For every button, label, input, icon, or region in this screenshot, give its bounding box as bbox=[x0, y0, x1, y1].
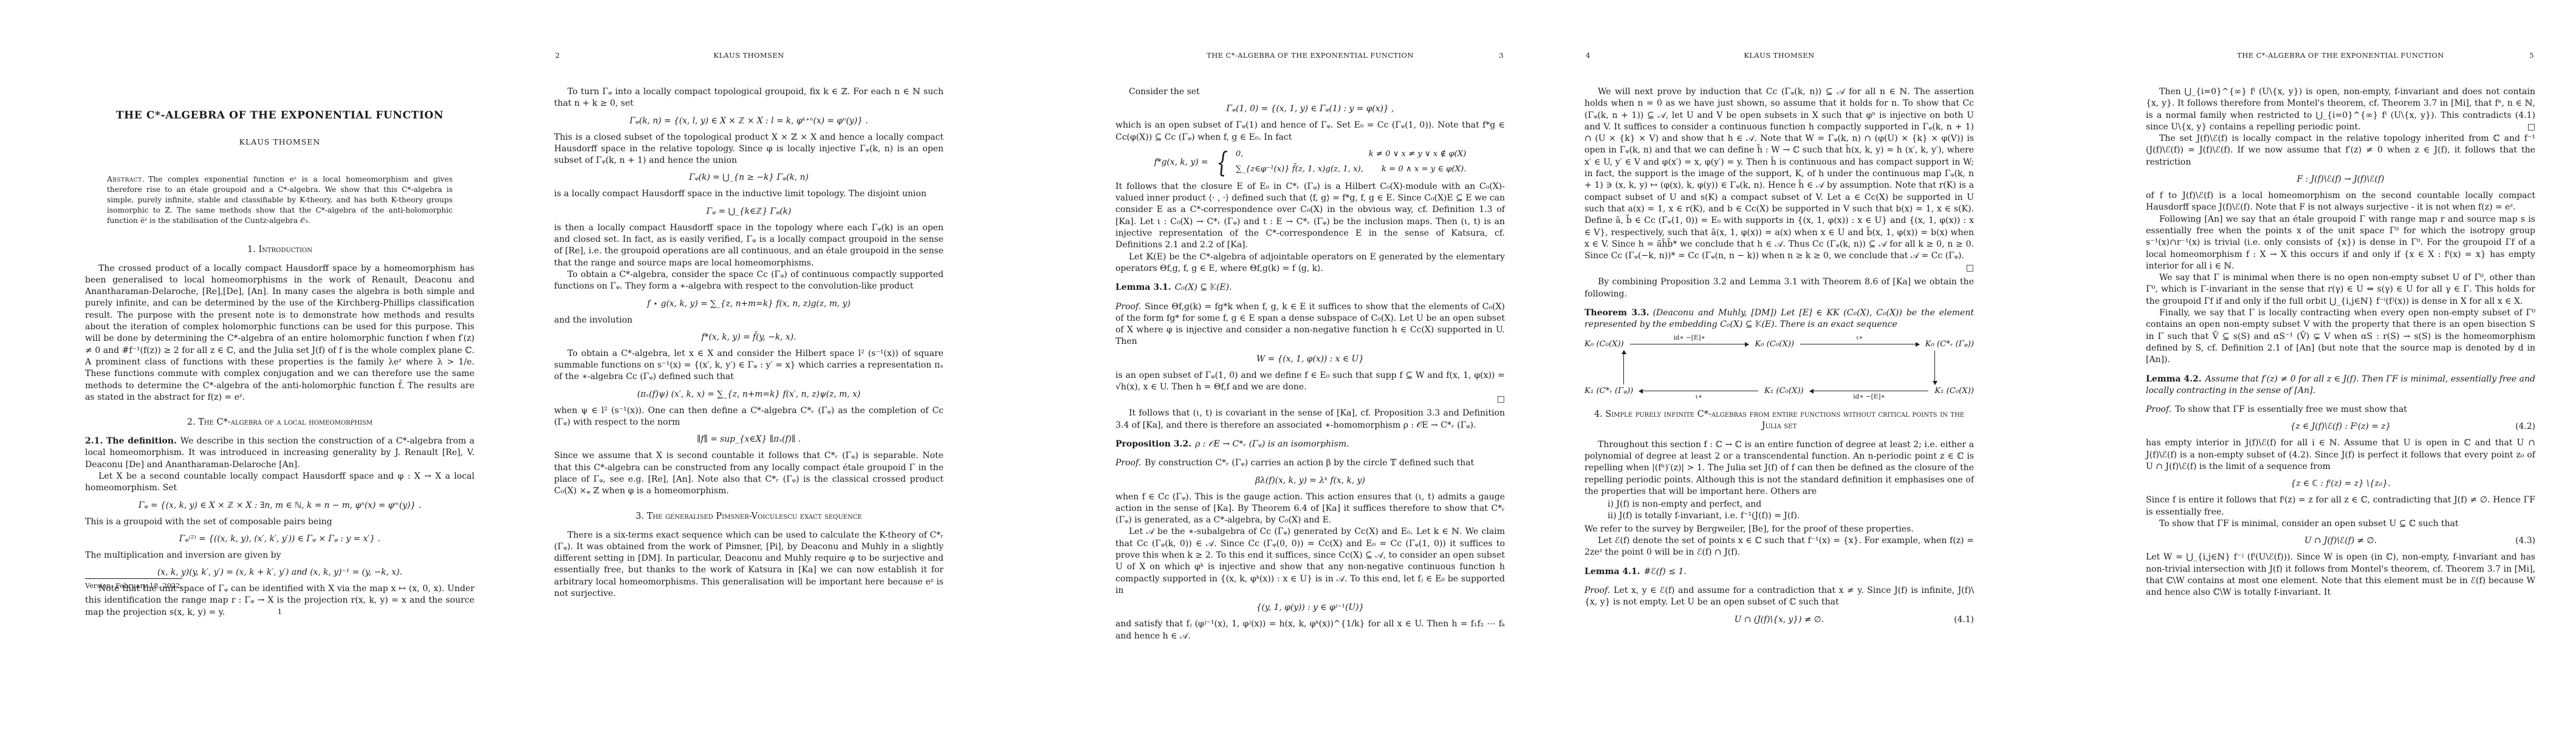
page-3: THE C*-ALGEBRA OF THE EXPONENTIAL FUNCTI… bbox=[1030, 0, 1546, 729]
paragraph-text: has empty interior in J(f)\ℰ(f) for all … bbox=[2146, 438, 2535, 471]
paragraph-text: We will next prove by induction that Cc … bbox=[1584, 87, 1974, 261]
paragraph: Since we assume that X is second countab… bbox=[554, 450, 944, 497]
formula: ∥f∥ = sup_{x∈X} ∥πₓ(f)∥ . bbox=[697, 434, 801, 444]
footnote-rule bbox=[85, 578, 182, 579]
diagram-node: K₀ (C*ᵣ (Γᵩ)) bbox=[1925, 340, 1974, 349]
theorem-label: Theorem 3.3. bbox=[1584, 308, 1649, 318]
diagram-node: K₀ (C₀(X)) bbox=[1755, 340, 1794, 349]
proof-text: To show that ΓF is essentially free we m… bbox=[2175, 405, 2407, 414]
paragraph-text: To obtain a C*-algebra, consider the spa… bbox=[554, 270, 944, 291]
page-4: 4KLAUS THOMSENWe will next prove by indu… bbox=[1546, 0, 2061, 729]
equation-number: (4.1) bbox=[1954, 614, 1974, 626]
proof-label: Proof. bbox=[2146, 405, 2171, 414]
proof-label: Proof. bbox=[1115, 458, 1141, 468]
paragraph-text: Since f is entire it follows that fⁱ(z) … bbox=[2146, 495, 2535, 516]
left-arrow: ι∗ bbox=[1639, 391, 1758, 391]
display-math: f*(x, k, y) = f̄(y, −k, x). bbox=[554, 331, 944, 343]
theorem-text: C₀(X) ⊆ 𝕂(E). bbox=[1175, 282, 1232, 292]
case-formula: f*g(x, k, y) ={0,k ≠ 0 ∨ x ≠ y ∨ x ∉ φ(X… bbox=[1115, 148, 1505, 176]
diagram-vertical-arrows bbox=[1623, 351, 1935, 385]
theorem-label: Lemma 4.2. bbox=[2146, 374, 2202, 384]
diagram-node: K₀ (C₀(X)) bbox=[1584, 340, 1624, 349]
paragraph-text: Following [An] we say that an étale grou… bbox=[2146, 214, 2535, 271]
formula: {z ∈ ℂ : fⁱ(z) = z} \{z₀}. bbox=[2290, 479, 2390, 488]
formula: U ∩ J(f)\ℰ(f) ≠ ∅. bbox=[2304, 536, 2377, 546]
paragraph-text: of f to J(f)\ℰ(f) is a local homeomorphi… bbox=[2146, 191, 2535, 212]
formula: Γᵩ(k) = ⋃_{n ≥ −k} Γᵩ(k, n) bbox=[689, 173, 809, 182]
formula: Γᵩ⁽²⁾ = {((x, k, y), (x′, k′, y′)) ∈ Γᵩ … bbox=[179, 534, 380, 544]
qed-symbol: □ bbox=[1966, 263, 1974, 273]
paragraph: Then ⋃_{i=0}^{∞} fⁱ (U\{x, y}) is open, … bbox=[2146, 86, 2535, 133]
qed-symbol: □ bbox=[2514, 122, 2535, 133]
paragraph: when ψ ∈ l² (s⁻¹(x)). One can then defin… bbox=[554, 405, 944, 429]
running-head-title: KLAUS THOMSEN bbox=[1584, 51, 1974, 60]
running-head-page-number: 2 bbox=[555, 51, 560, 60]
paragraph-text: The multiplication and inversion are giv… bbox=[85, 550, 281, 560]
diagram-bottom-row: K₁ (C*ᵣ (Γᵩ))ι∗K₁ (C₀(X))id∗ −[E]∗K₁ (C₀… bbox=[1584, 386, 1974, 395]
paragraph: Since f is entire it follows that fⁱ(z) … bbox=[2146, 495, 2535, 518]
page-2: 2KLAUS THOMSENTo turn Γᵩ into a locally … bbox=[515, 0, 1030, 729]
paragraph-text: The set J(f)\ℰ(f) is locally compact in … bbox=[2146, 134, 2535, 167]
formula: U ∩ (J(f)\{x, y}) ≠ ∅. bbox=[1735, 615, 1824, 625]
paragraph: Let W = ⋃_{i,j∈ℕ} f⁻ʲ (fⁱ(U\ℰ(f))). Sinc… bbox=[2146, 552, 2535, 598]
page-body: Then ⋃_{i=0}^{∞} fⁱ (U\{x, y}) is open, … bbox=[2146, 86, 2535, 598]
case-row: 0,k ≠ 0 ∨ x ≠ y ∨ x ∉ φ(X) bbox=[1236, 148, 1467, 160]
left-brace: { bbox=[1216, 148, 1228, 176]
theorem-text: ρ : 𝒪E → C*ᵣ (Γᵩ) is an isomorphism. bbox=[1195, 439, 1349, 449]
running-head: THE C*-ALGEBRA OF THE EXPONENTIAL FUNCTI… bbox=[1115, 51, 1505, 60]
abstract-label: Abstract. bbox=[107, 175, 145, 183]
paragraph: Consider the set bbox=[1115, 86, 1505, 98]
paper-title: THE C*-ALGEBRA OF THE EXPONENTIAL FUNCTI… bbox=[85, 109, 474, 122]
formula: F : J(f)\ℰ(f) → J(f)\ℰ(f) bbox=[2297, 174, 2385, 184]
document-canvas: arXiv:1109.5031v1 [math.OA] 23 Sep 2011 … bbox=[0, 0, 2576, 729]
running-head-title: THE C*-ALGEBRA OF THE EXPONENTIAL FUNCTI… bbox=[2146, 51, 2535, 60]
paragraph: It follows that (ι, t) is covariant in t… bbox=[1115, 408, 1505, 431]
page-1: THE C*-ALGEBRA OF THE EXPONENTIAL FUNCTI… bbox=[0, 0, 515, 729]
paragraph-text: when f ∈ Cc (Γᵩ). This is the gauge acti… bbox=[1115, 492, 1505, 525]
display-math: (πₓ(f)ψ) (x′, k, x) = ∑_{z, n+m=k} f(x′,… bbox=[554, 388, 944, 400]
proof-label: Proof. bbox=[1115, 302, 1141, 312]
paragraph: Finally, we say that Γ is locally contra… bbox=[2146, 307, 2535, 366]
paragraph-text: There is a six-terms exact sequence whic… bbox=[554, 530, 944, 598]
formula: {(y, 1, φ(y)) : y ∈ φʲ⁻¹(U)} bbox=[1256, 603, 1365, 612]
paragraph: This is a groupoid with the set of compo… bbox=[85, 516, 474, 528]
qed-symbol: □ bbox=[1497, 394, 1505, 404]
paragraph: The multiplication and inversion are giv… bbox=[85, 550, 474, 561]
paragraph: This is a closed subset of the topologic… bbox=[554, 132, 944, 167]
formula: f ⋆ g(x, k, y) = ∑_{z, n+m=k} f(x, n, z)… bbox=[647, 299, 851, 309]
equation-number: (4.3) bbox=[2515, 535, 2535, 547]
paragraph-text: By combining Proposition 3.2 and Lemma 3… bbox=[1584, 277, 1974, 298]
equation-number: (4.2) bbox=[2515, 420, 2535, 433]
paragraph: is a locally compact Hausdorff space in … bbox=[554, 188, 944, 200]
paragraph: The set J(f)\ℰ(f) is locally compact in … bbox=[2146, 133, 2535, 168]
qed-line: □ bbox=[1115, 394, 1505, 404]
footnote-text: Version: February 18, 2022. bbox=[85, 582, 474, 590]
theorem-label: Proposition 3.2. bbox=[1115, 439, 1191, 449]
running-head: 2KLAUS THOMSEN bbox=[554, 51, 944, 60]
abstract-text: The complex exponential function eᶻ is a… bbox=[107, 175, 453, 225]
paragraph-text: and the involution bbox=[554, 315, 632, 325]
page-number: 1 bbox=[85, 607, 474, 616]
paragraph-text: Let 𝒜 be the ∗-subalgebra of Cc (Γᵩ) gen… bbox=[1115, 527, 1505, 595]
proof-paragraph: Proof.Since Θf,g(k) = fg*k when f, g, k … bbox=[1115, 301, 1505, 348]
paragraph: There is a six-terms exact sequence whic… bbox=[554, 530, 944, 600]
paragraph: Let 𝒜 be the ∗-subalgebra of Cc (Γᵩ) gen… bbox=[1115, 526, 1505, 597]
formula: Γᵩ = {(x, k, y) ∈ X × ℤ × X : ∃n, m ∈ ℕ,… bbox=[139, 501, 421, 510]
proof-paragraph: Proof.To show that ΓF is essentially fre… bbox=[2146, 404, 2535, 416]
formula: W = {(x, 1, φ(x)) : x ∈ U} bbox=[1256, 354, 1364, 364]
proof-paragraph: Proof.By construction C*ᵣ (Γᵩ) carries a… bbox=[1115, 457, 1505, 469]
paragraph: when f ∈ Cc (Γᵩ). This is the gauge acti… bbox=[1115, 491, 1505, 527]
page-body: To turn Γᵩ into a locally compact topolo… bbox=[554, 86, 944, 600]
running-head-page-number: 5 bbox=[2529, 51, 2534, 60]
page-body: Consider the setΓᵩ(1, 0) = {(x, 1, y) ∈ … bbox=[1115, 86, 1505, 642]
paragraph: has empty interior in J(f)\ℰ(f) for all … bbox=[2146, 437, 2535, 473]
paragraph-text: To turn Γᵩ into a locally compact topolo… bbox=[554, 87, 944, 108]
formula-lead: f*g(x, k, y) = bbox=[1154, 156, 1208, 168]
paragraph: Throughout this section f : ℂ → ℂ is an … bbox=[1584, 439, 1974, 498]
paragraph-text: Throughout this section f : ℂ → ℂ is an … bbox=[1584, 440, 1974, 496]
theorem-text: #ℰ(f) ≤ 1. bbox=[1644, 567, 1687, 577]
formula: (πₓ(f)ψ) (x′, k, x) = ∑_{z, n+m=k} f(x′,… bbox=[637, 389, 860, 399]
arrow-label: id∗ −[E]∗ bbox=[1673, 334, 1705, 341]
left-arrow: id∗ −[E]∗ bbox=[1810, 391, 1929, 391]
paragraph-text: Let X be a second countable locally comp… bbox=[85, 471, 474, 493]
page-5: THE C*-ALGEBRA OF THE EXPONENTIAL FUNCTI… bbox=[2061, 0, 2576, 729]
paragraph: To obtain a C*-algebra, let x ∈ X and co… bbox=[554, 348, 944, 383]
paragraph-text: which is an open subset of Γᵩ(1) and hen… bbox=[1115, 120, 1505, 142]
qed-line: □ bbox=[1584, 263, 1974, 273]
right-arrow: id∗ −[E]∗ bbox=[1630, 344, 1749, 344]
k-theory-diagram: K₀ (C₀(X))id∗ −[E]∗K₀ (C₀(X))ι∗K₀ (C*ᵣ (… bbox=[1584, 340, 1974, 395]
theorem-statement: Lemma 4.2.Assume that f′(z) ≠ 0 for all … bbox=[2146, 374, 2535, 397]
display-math: {(y, 1, φ(y)) : y ∈ φʲ⁻¹(U)} bbox=[1115, 601, 1505, 614]
formula: f*(x, k, y) = f̄(y, −k, x). bbox=[701, 332, 796, 342]
paragraph-text: is then a locally compact Hausdorff spac… bbox=[554, 223, 944, 268]
paragraph-text: The crossed product of a locally compact… bbox=[85, 264, 474, 402]
paragraph-text: To show that ΓF is minimal, consider an … bbox=[2159, 519, 2459, 529]
footnote: Version: February 18, 2022. bbox=[85, 578, 474, 590]
paragraph: is an open subset of Γᵩ(1, 0) and we def… bbox=[1115, 370, 1505, 394]
abstract: Abstract.The complex exponential functio… bbox=[107, 174, 453, 226]
case-rows: 0,k ≠ 0 ∨ x ≠ y ∨ x ∉ φ(X)∑_{z∈φ⁻¹(x)} f… bbox=[1236, 148, 1467, 176]
paragraph: By combining Proposition 3.2 and Lemma 3… bbox=[1584, 276, 1974, 300]
display-math: f ⋆ g(x, k, y) = ∑_{z, n+m=k} f(x, n, z)… bbox=[554, 298, 944, 310]
display-math: U ∩ J(f)\ℰ(f) ≠ ∅.(4.3) bbox=[2146, 535, 2535, 547]
section-heading: 4. Simple purely infinite C*-algebras fr… bbox=[1584, 409, 1974, 432]
page-body: We will next prove by induction that Cc … bbox=[1584, 86, 1974, 631]
section-heading: 1. Introduction bbox=[85, 244, 474, 256]
diagram-node: K₁ (C₀(X)) bbox=[1934, 386, 1974, 395]
paragraph-text: and satisfy that fⱼ (φʲ⁻¹(x), 1, φʲ(x)) … bbox=[1115, 619, 1505, 640]
paragraph-text: is an open subset of Γᵩ(1, 0) and we def… bbox=[1115, 371, 1505, 392]
display-math: (x, k, y)(y, k′, y′) = (x, k + k′, y′) a… bbox=[85, 566, 474, 578]
proof-text: Since Θf,g(k) = fg*k when f, g, k ∈ E it… bbox=[1115, 302, 1505, 347]
paragraph: Let 𝕂(E) be the C*-algebra of adjointabl… bbox=[1115, 252, 1505, 275]
case-condition: k = 0 ∧ x = y ∈ φ(X). bbox=[1382, 163, 1466, 176]
case-value: ∑_{z∈φ⁻¹(x)} f̄(z, 1, x)g(z, 1, x), bbox=[1236, 163, 1363, 176]
theorem-text: Assume that f′(z) ≠ 0 for all z ∈ J(f). … bbox=[2146, 374, 2535, 395]
diagram-top-row: K₀ (C₀(X))id∗ −[E]∗K₀ (C₀(X))ι∗K₀ (C*ᵣ (… bbox=[1584, 340, 1974, 349]
subsection-label: 2.1. The definition. bbox=[85, 436, 177, 446]
paragraph: which is an open subset of Γᵩ(1) and hen… bbox=[1115, 120, 1505, 143]
display-math: Γᵩ⁽²⁾ = {((x, k, y), (x′, k′, y′)) ∈ Γᵩ … bbox=[85, 533, 474, 545]
paragraph-text: Let ℰ(f) denote the set of points x ∈ ℂ … bbox=[1584, 536, 1974, 557]
theorem-statement: Theorem 3.3.(Deaconu and Muhly, [DM]) Le… bbox=[1584, 307, 1974, 331]
subsection-paragraph: 2.1. The definition.We describe in this … bbox=[85, 436, 474, 471]
paragraph: and the involution bbox=[554, 315, 944, 326]
paragraph-text: Let 𝕂(E) be the C*-algebra of adjointabl… bbox=[1115, 252, 1505, 273]
proof-paragraph: Proof.Let x, y ∈ ℰ(f) and assume for a c… bbox=[1584, 585, 1974, 609]
display-math: Γᵩ = ⋃_{k∈ℤ} Γᵩ(k) bbox=[554, 205, 944, 217]
proof-text: By construction C*ᵣ (Γᵩ) carries an acti… bbox=[1145, 458, 1474, 468]
case-condition: k ≠ 0 ∨ x ≠ y ∨ x ∉ φ(X) bbox=[1369, 148, 1467, 160]
paragraph: We say that Γ is minimal when there is n… bbox=[2146, 272, 2535, 307]
running-head: 4KLAUS THOMSEN bbox=[1584, 51, 1974, 60]
display-math: {z ∈ ℂ : fⁱ(z) = z} \{z₀}. bbox=[2146, 477, 2535, 490]
display-math: βλ(f)(x, k, y) = λᵏ f(x, k, y) bbox=[1115, 474, 1505, 487]
paragraph-text: We refer to the survey by Bergweiler, [B… bbox=[1584, 524, 1914, 534]
case-value: 0, bbox=[1236, 148, 1244, 160]
arrow-label: ι∗ bbox=[1696, 393, 1702, 400]
running-head: THE C*-ALGEBRA OF THE EXPONENTIAL FUNCTI… bbox=[2146, 51, 2535, 60]
display-math: ∥f∥ = sup_{x∈X} ∥πₓ(f)∥ . bbox=[554, 433, 944, 445]
formula: (x, k, y)(y, k′, y′) = (x, k + k′, y′) a… bbox=[157, 567, 402, 577]
paragraph-text: To obtain a C*-algebra, let x ∈ X and co… bbox=[554, 349, 944, 382]
paragraph: It follows that the closure E of E₀ in C… bbox=[1115, 181, 1505, 252]
paragraph-text: It follows that the closure E of E₀ in C… bbox=[1115, 182, 1505, 250]
up-arrow bbox=[1623, 351, 1624, 385]
paragraph-text: It follows that (ι, t) is covariant in t… bbox=[1115, 408, 1505, 430]
paragraph-text: when ψ ∈ l² (s⁻¹(x)). One can then defin… bbox=[554, 406, 944, 427]
diagram-node: K₁ (C₀(X)) bbox=[1764, 386, 1804, 395]
paragraph-text: Finally, we say that Γ is locally contra… bbox=[2146, 308, 2535, 364]
author: KLAUS THOMSEN bbox=[85, 137, 474, 146]
list-item: i) J(f) is non-empty and perfect, and bbox=[1608, 499, 1974, 510]
display-math: Γᵩ(k) = ⋃_{n ≥ −k} Γᵩ(k, n) bbox=[554, 171, 944, 183]
paragraph: To obtain a C*-algebra, consider the spa… bbox=[554, 269, 944, 293]
paragraph-text: is a locally compact Hausdorff space in … bbox=[554, 189, 927, 199]
paragraph: Let ℰ(f) denote the set of points x ∈ ℂ … bbox=[1584, 535, 1974, 559]
running-head-page-number: 3 bbox=[1499, 51, 1504, 60]
paragraph: To turn Γᵩ into a locally compact topolo… bbox=[554, 86, 944, 110]
theorem-statement: Proposition 3.2.ρ : 𝒪E → C*ᵣ (Γᵩ) is an … bbox=[1115, 439, 1505, 450]
formula: Γᵩ(k, n) = {(x, l, y) ∈ X × ℤ × X : l = … bbox=[629, 116, 868, 126]
paragraph-text: This is a closed subset of the topologic… bbox=[554, 132, 944, 166]
running-head-title: KLAUS THOMSEN bbox=[554, 51, 944, 60]
paragraph: We refer to the survey by Bergweiler, [B… bbox=[1584, 524, 1974, 535]
paragraph-text: Let W = ⋃_{i,j∈ℕ} f⁻ʲ (fⁱ(U\ℰ(f))). Sinc… bbox=[2146, 552, 2535, 597]
formula: βλ(f)(x, k, y) = λᵏ f(x, k, y) bbox=[1255, 476, 1365, 485]
display-math: Γᵩ(k, n) = {(x, l, y) ∈ X × ℤ × X : l = … bbox=[554, 115, 944, 127]
paragraph: Following [An] we say that an étale grou… bbox=[2146, 214, 2535, 272]
display-math: F : J(f)\ℰ(f) → J(f)\ℰ(f) bbox=[2146, 173, 2535, 185]
running-head-title: THE C*-ALGEBRA OF THE EXPONENTIAL FUNCTI… bbox=[1115, 51, 1505, 60]
down-arrow bbox=[1934, 351, 1935, 385]
theorem-statement: Lemma 4.1.#ℰ(f) ≤ 1. bbox=[1584, 566, 1974, 578]
formula: Γᵩ(1, 0) = {(x, 1, y) ∈ Γᵩ(1) : y = φ(x)… bbox=[1226, 104, 1394, 114]
theorem-label: Lemma 4.1. bbox=[1584, 567, 1640, 577]
paragraph: is then a locally compact Hausdorff spac… bbox=[554, 222, 944, 269]
proof-text: Let x, y ∈ ℰ(f) and assume for a contrad… bbox=[1584, 586, 1974, 607]
paragraph: We will next prove by induction that Cc … bbox=[1584, 86, 1974, 262]
paragraph-text: Since we assume that X is second countab… bbox=[554, 451, 944, 496]
running-head-page-number: 4 bbox=[1586, 51, 1591, 60]
display-math: W = {(x, 1, φ(x)) : x ∈ U} bbox=[1115, 353, 1505, 365]
list-item: ii) J(f) is totally f-invariant, i.e. f⁻… bbox=[1608, 510, 1974, 522]
arrow-label: id∗ −[E]∗ bbox=[1853, 393, 1885, 400]
paragraph-text: Then ⋃_{i=0}^{∞} fⁱ (U\{x, y}) is open, … bbox=[2146, 87, 2535, 132]
paragraph: To show that ΓF is minimal, consider an … bbox=[2146, 518, 2535, 530]
proof-label: Proof. bbox=[1584, 586, 1610, 595]
right-arrow: ι∗ bbox=[1800, 344, 1919, 344]
paragraph-text: We say that Γ is minimal when there is n… bbox=[2146, 273, 2535, 306]
page-body: THE C*-ALGEBRA OF THE EXPONENTIAL FUNCTI… bbox=[85, 109, 474, 618]
formula: {z ∈ J(f)\ℰ(f) : Fⁱ(z) = z} bbox=[2290, 422, 2391, 431]
theorem-statement: Lemma 3.1.C₀(X) ⊆ 𝕂(E). bbox=[1115, 282, 1505, 293]
case-row: ∑_{z∈φ⁻¹(x)} f̄(z, 1, x)g(z, 1, x),k = 0… bbox=[1236, 163, 1467, 176]
formula: Γᵩ = ⋃_{k∈ℤ} Γᵩ(k) bbox=[707, 207, 792, 216]
display-math: {z ∈ J(f)\ℰ(f) : Fⁱ(z) = z}(4.2) bbox=[2146, 420, 2535, 433]
display-math: Γᵩ(1, 0) = {(x, 1, y) ∈ Γᵩ(1) : y = φ(x)… bbox=[1115, 103, 1505, 115]
paragraph: of f to J(f)\ℰ(f) is a local homeomorphi… bbox=[2146, 190, 2535, 214]
display-math: Γᵩ = {(x, k, y) ∈ X × ℤ × X : ∃n, m ∈ ℕ,… bbox=[85, 499, 474, 512]
paragraph-text: Consider the set bbox=[1129, 87, 1200, 97]
arrow-label: ι∗ bbox=[1856, 334, 1863, 341]
paragraph: Let X be a second countable locally comp… bbox=[85, 471, 474, 495]
item-list: i) J(f) is non-empty and perfect, andii)… bbox=[1584, 499, 1974, 522]
display-math: U ∩ (J(f)\{x, y}) ≠ ∅.(4.1) bbox=[1584, 614, 1974, 626]
paragraph-text: This is a groupoid with the set of compo… bbox=[85, 517, 332, 527]
paragraph: and satisfy that fⱼ (φʲ⁻¹(x), 1, φʲ(x)) … bbox=[1115, 618, 1505, 642]
theorem-label: Lemma 3.1. bbox=[1115, 282, 1171, 292]
section-heading: 2. The C*-algebra of a local homeomorphi… bbox=[85, 417, 474, 428]
section-heading: 3. The generalised Pimsner-Voiculescu ex… bbox=[554, 511, 944, 522]
diagram-node: K₁ (C*ᵣ (Γᵩ)) bbox=[1584, 386, 1633, 395]
paragraph: The crossed product of a locally compact… bbox=[85, 263, 474, 404]
